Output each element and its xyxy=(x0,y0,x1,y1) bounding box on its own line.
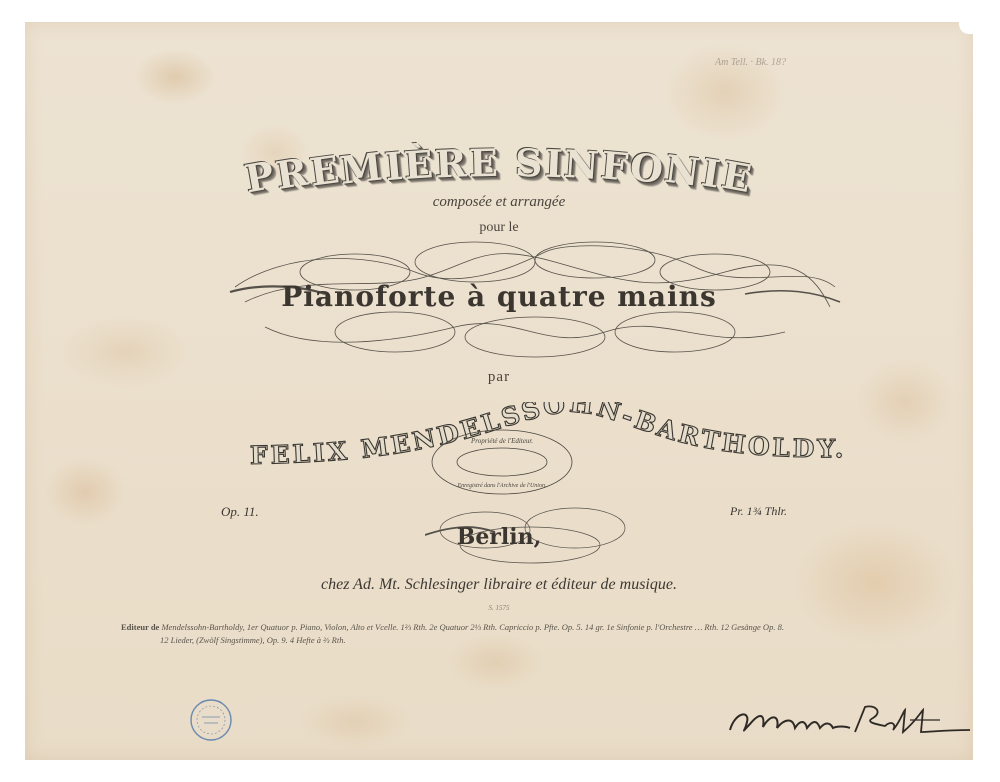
torn-corner xyxy=(959,22,973,34)
subtitle: composée et arrangée xyxy=(25,194,973,211)
publisher-catalog-line-1: Editeur de Mendelssohn-Bartholdy, 1er Qu… xyxy=(121,622,784,632)
publisher-catalog-line-2: 12 Lieder, (Zwölf Singstimme), Op. 9. 4 … xyxy=(160,635,346,645)
library-stamp-icon xyxy=(188,697,234,743)
title-page: Am Tell. · Bk. 18? PREMIÈRE SINFONIE com… xyxy=(25,22,973,760)
rights-bottom-text: Enregistré dans l'Archive de l'Union. xyxy=(457,483,547,489)
rights-oval-stamp: Propriété de l'Editeur. Enregistré dans … xyxy=(427,427,577,497)
instrumentation: Pianoforte à quatre mains xyxy=(25,280,973,313)
catalog-label: Editeur de xyxy=(121,622,159,632)
owner-signature xyxy=(725,702,975,742)
catalog-text-1: Mendelssohn-Bartholdy, 1er Quatuor p. Pi… xyxy=(161,622,783,632)
plate-number: S. 1575 xyxy=(25,604,973,612)
opus-number: Op. 11. xyxy=(221,504,259,520)
rights-top-text: Propriété de l'Editeur. xyxy=(470,437,533,445)
by-line: par xyxy=(25,369,973,386)
pencil-annotation: Am Tell. · Bk. 18? xyxy=(715,57,786,68)
publisher-line: chez Ad. Mt. Schlesinger libraire et édi… xyxy=(25,576,973,594)
page-title: PREMIÈRE SINFONIE xyxy=(25,140,973,185)
city: Berlin, xyxy=(25,524,973,550)
price: Pr. 1¾ Thlr. xyxy=(730,504,787,519)
